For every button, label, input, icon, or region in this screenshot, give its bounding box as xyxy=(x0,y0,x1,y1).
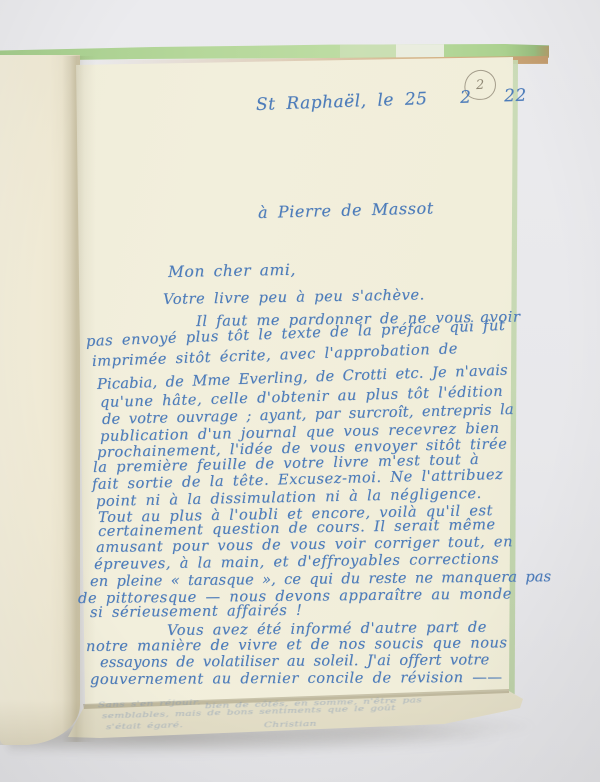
photograph-of-letter: { "page_number": "2", "colors": { "backg… xyxy=(0,0,600,782)
handwriting-layer: St Raphaël, le 25 2 22 à Pierre de Masso… xyxy=(0,0,600,782)
letter-dateline: St Raphaël, le 25 2 22 xyxy=(256,86,527,115)
handwriting-line-faint: Sans s'en réjouir. xyxy=(98,698,201,709)
letter-addressee: à Pierre de Massot xyxy=(258,198,434,222)
handwriting-line: essayons de volatiliser au soleil. J'ai … xyxy=(100,651,490,671)
handwriting-line-faint: Christian xyxy=(264,719,317,729)
handwriting-line-faint: s'était égaré. xyxy=(106,721,183,732)
handwriting-line: si sérieusement affairés ! xyxy=(90,602,303,621)
handwriting-line: Votre livre peu à peu s'achève. xyxy=(163,286,425,308)
handwriting-line: gouvernement au dernier concile de révis… xyxy=(90,669,503,688)
letter-salutation: Mon cher ami, xyxy=(168,261,296,281)
